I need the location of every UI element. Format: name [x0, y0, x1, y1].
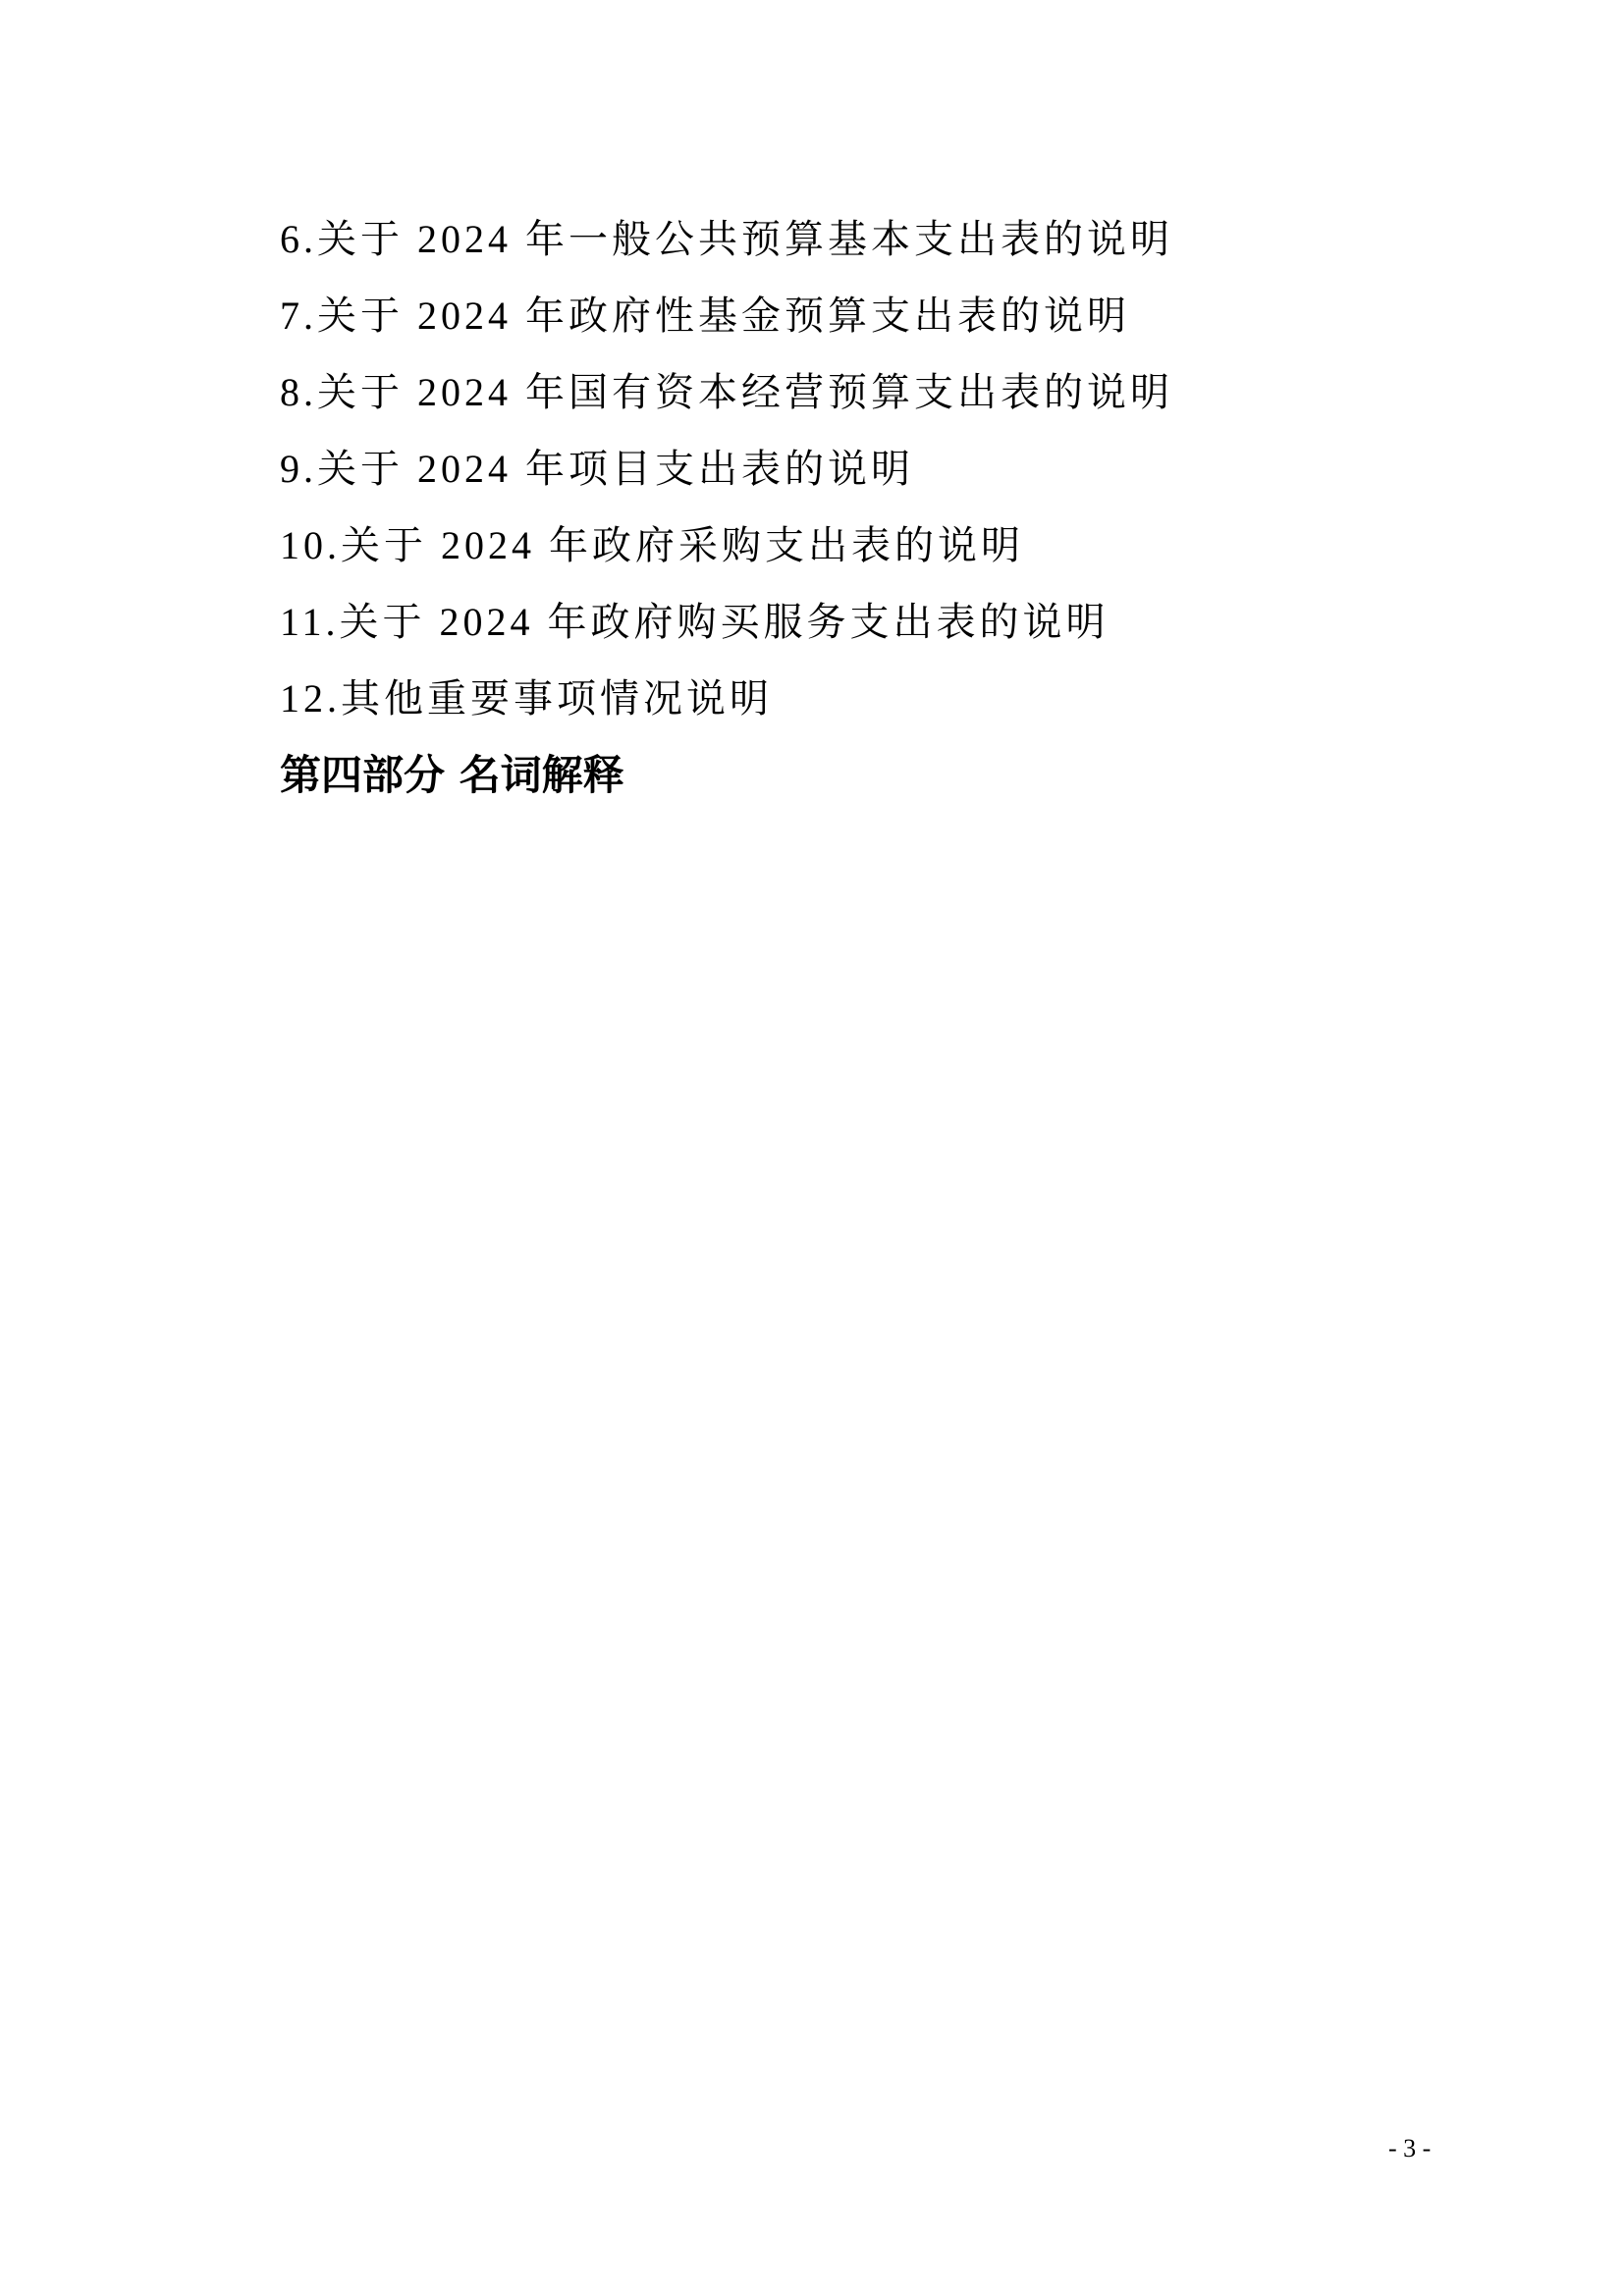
toc-item-9: 9.关于 2024 年项目支出表的说明	[280, 446, 914, 493]
toc-item-7: 7.关于 2024 年政府性基金预算支出表的说明	[280, 293, 1130, 340]
section-heading-part-four: 第四部分 名词解释	[280, 750, 624, 801]
toc-item-10: 10.关于 2024 年政府采购支出表的说明	[280, 522, 1024, 569]
document-page: 6.关于 2024 年一般公共预算基本支出表的说明 7.关于 2024 年政府性…	[0, 0, 1624, 2296]
toc-item-11: 11.关于 2024 年政府购买服务支出表的说明	[280, 599, 1110, 646]
page-number: - 3 -	[1388, 2134, 1431, 2163]
toc-item-6: 6.关于 2024 年一般公共预算基本支出表的说明	[280, 216, 1173, 263]
toc-item-8: 8.关于 2024 年国有资本经营预算支出表的说明	[280, 369, 1173, 416]
toc-item-12: 12.其他重要事项情况说明	[280, 675, 773, 722]
